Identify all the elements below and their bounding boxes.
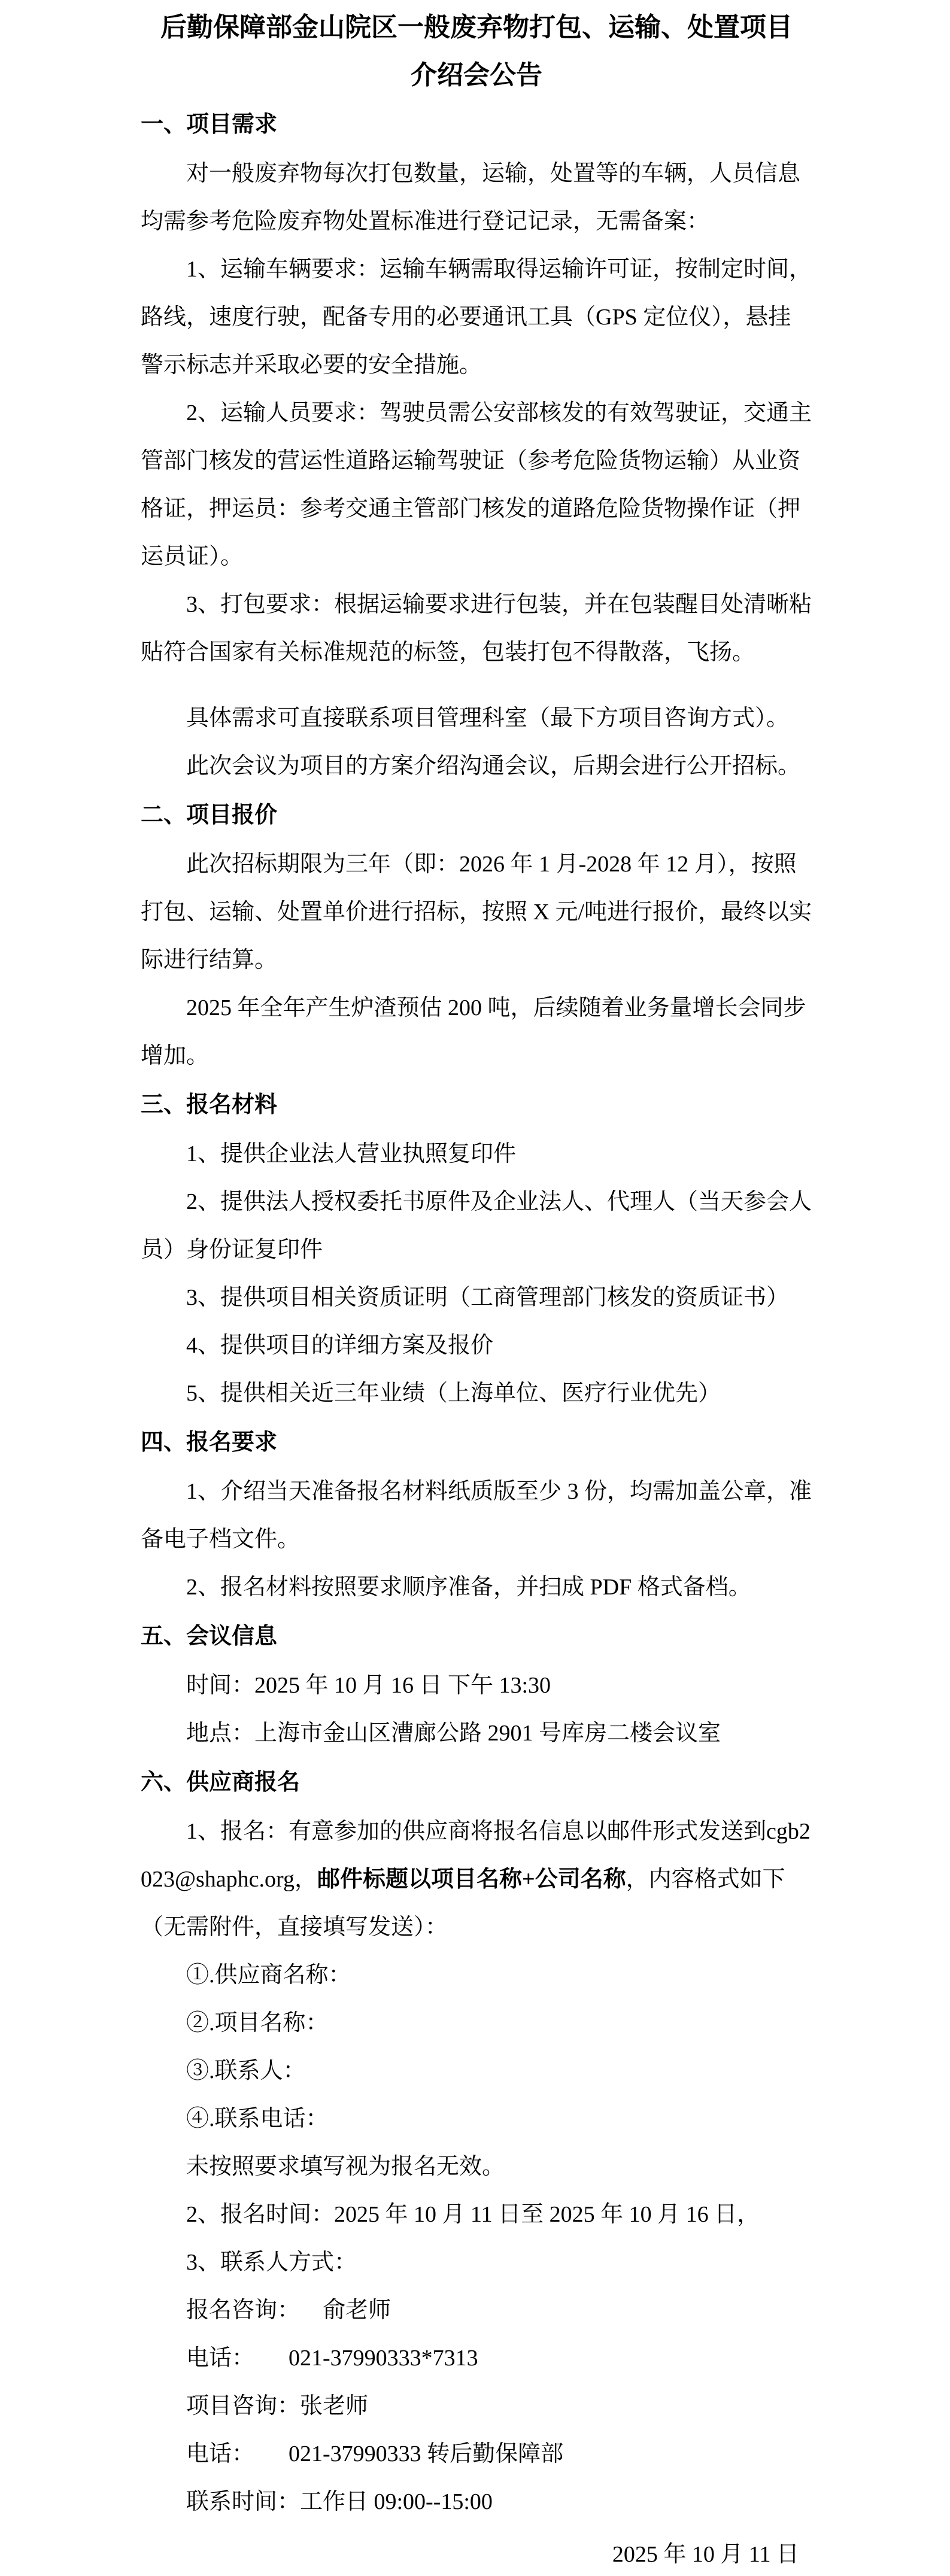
section-1-heading: 一、项目需求 xyxy=(141,99,812,150)
bidding-term-pricing: 此次招标期限为三年（即：2026 年 1 月-2028 年 12 月），按照打包… xyxy=(141,840,812,984)
material-item-business-license: 1、提供企业法人营业执照复印件 xyxy=(141,1130,812,1178)
form-field-contact-person: ③.联系人： xyxy=(141,2047,812,2095)
transport-vehicle-requirement: 1、运输车辆要求：运输车辆需取得运输许可证，按制定时间，路线，速度行驶，配备专用… xyxy=(141,245,812,389)
section-5-heading: 五、会议信息 xyxy=(141,1611,812,1661)
signup-consult-phone: 电话： 021-37990333*7313 xyxy=(141,2334,812,2382)
packing-requirement: 3、打包要求：根据运输要求进行包装，并在包装醒目处清晰粘贴符合国家有关标准规范的… xyxy=(141,581,812,676)
document-page: 后勤保障部金山院区一般废弃物打包、运输、处置项目介绍会公告 一、项目需求 对一般… xyxy=(0,0,950,2576)
material-item-authorization-letter: 2、提供法人授权委托书原件及企业法人、代理人（当天参会人员）身份证复印件 xyxy=(141,1178,812,1274)
signup-instruction-separator: ， xyxy=(295,1867,317,1892)
material-item-past-performance: 5、提供相关近三年业绩（上海单位、医疗行业优先） xyxy=(141,1369,812,1417)
signup-consult-contact: 报名咨询： 俞老师 xyxy=(141,2286,812,2334)
material-item-qualification-cert: 3、提供项目相关资质证明（工商管理部门核发的资质证书） xyxy=(141,1274,812,1322)
signup-period: 2、报名时间：2025 年 10 月 11 日至 2025 年 10 月 16 … xyxy=(141,2191,812,2238)
material-item-detailed-plan: 4、提供项目的详细方案及报价 xyxy=(141,1322,812,1369)
signup-instruction: 1、报名：有意参加的供应商将报名信息以邮件形式发送到cgb2023@shaphc… xyxy=(141,1808,812,1951)
signup-requirement-pdf-archive: 2、报名材料按照要求顺序准备，并扫成 PDF 格式备档。 xyxy=(141,1563,812,1611)
project-consult-contact: 项目咨询：张老师 xyxy=(141,2382,812,2430)
section-2-heading: 二、项目报价 xyxy=(141,790,812,840)
project-consult-phone: 电话： 021-37990333 转后勤保障部 xyxy=(141,2430,812,2478)
footer-date: 2025 年 10 月 11 日 xyxy=(612,2541,799,2568)
doc-title-line1: 后勤保障部金山院区一般废弃物打包、运输、处置项目 xyxy=(141,4,812,51)
email-subject-format: 邮件标题以项目名称+公司名称 xyxy=(317,1867,626,1892)
contact-methods-label: 3、联系人方式： xyxy=(141,2238,812,2286)
invalid-signup-note: 未按照要求填写视为报名无效。 xyxy=(141,2143,812,2191)
slag-estimate: 2025 年全年产生炉渣预估 200 吨，后续随着业务量增长会同步增加。 xyxy=(141,984,812,1080)
signup-instruction-lead: 1、报名：有意参加的供应商将报名信息以邮件形式发送到 xyxy=(186,1819,766,1844)
meeting-time: 时间：2025 年 10 月 16 日 下午 13:30 xyxy=(141,1661,812,1709)
contact-project-office-note: 具体需求可直接联系项目管理科室（最下方项目咨询方式）。 xyxy=(141,694,812,742)
form-field-supplier-name: ①.供应商名称： xyxy=(141,1951,812,1999)
general-waste-registration-note: 对一般废弃物每次打包数量，运输，处置等的车辆，人员信息均需参考危险废弃物处置标准… xyxy=(141,150,812,245)
form-field-contact-phone: ④.联系电话： xyxy=(141,2095,812,2143)
form-field-project-name: ②.项目名称： xyxy=(141,1999,812,2047)
doc-title: 后勤保障部金山院区一般废弃物打包、运输、处置项目介绍会公告 xyxy=(141,4,812,99)
doc-title-line2: 介绍会公告 xyxy=(141,51,812,99)
meeting-location: 地点：上海市金山区漕廊公路 2901 号库房二楼会议室 xyxy=(141,1709,812,1757)
section-4-heading: 四、报名要求 xyxy=(141,1417,812,1468)
meeting-purpose-note: 此次会议为项目的方案介绍沟通会议，后期会进行公开招标。 xyxy=(141,742,812,790)
section-6-heading: 六、供应商报名 xyxy=(141,1757,812,1808)
signup-requirement-paper-copies: 1、介绍当天准备报名材料纸质版至少 3 份，均需加盖公章，准备电子档文件。 xyxy=(141,1468,812,1563)
transport-personnel-requirement: 2、运输人员要求：驾驶员需公安部核发的有效驾驶证，交通主管部门核发的营运性道路运… xyxy=(141,389,812,581)
contact-hours: 联系时间：工作日 09:00--15:00 xyxy=(141,2478,812,2526)
section-3-heading: 三、报名材料 xyxy=(141,1080,812,1130)
